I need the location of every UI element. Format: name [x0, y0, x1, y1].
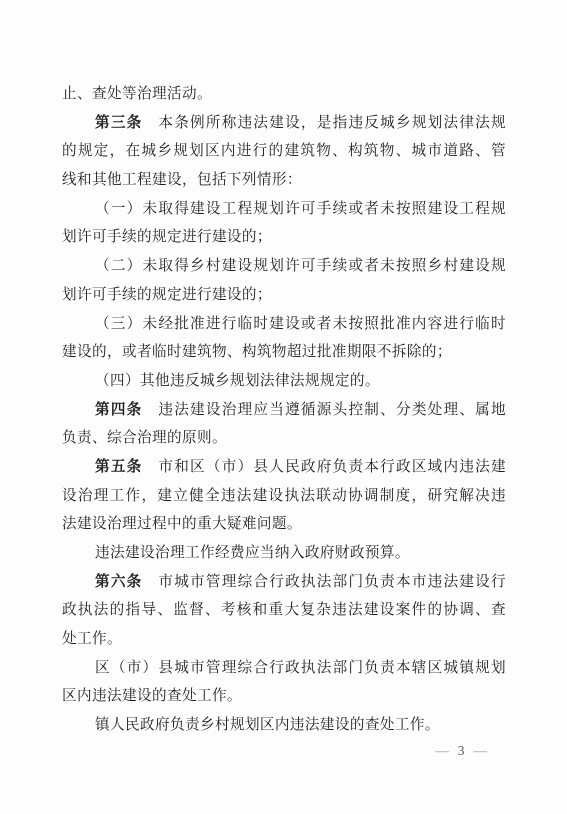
document-line: 政执法的指导、监督、考核和重大复杂违法建设案件的协调、查 [62, 596, 506, 625]
page-number-dash-right: — [474, 743, 488, 758]
document-body: 止、查处等治理活动。第三条 本条例所称违法建设，是指违反城乡规划法律法规的规定，… [62, 80, 506, 740]
page-number-value: 3 [449, 743, 474, 758]
document-line: 违法建设治理工作经费应当纳入政府财政预算。 [62, 539, 506, 568]
line-text: （二）未取得乡村建设规划许可手续或者未按照乡村建设规 [95, 258, 506, 274]
article-number: 第三条 [95, 115, 143, 131]
document-line: 镇人民政府负责乡村规划区内违法建设的查处工作。 [62, 711, 506, 740]
document-line: 负责、综合治理的原则。 [62, 424, 506, 453]
line-text: 划许可手续的规定进行建设的； [62, 287, 272, 303]
line-text: 法建设治理过程中的重大疑难问题。 [62, 516, 302, 532]
line-text: 建设的，或者临时建筑物、构筑物超过批准期限不拆除的； [62, 344, 452, 360]
document-line: 设治理工作，建立健全违法建设执法联动协调制度，研究解决违 [62, 482, 506, 511]
line-text: （四）其他违反城乡规划法律法规规定的。 [95, 373, 380, 389]
line-text: 止、查处等治理活动。 [62, 86, 212, 102]
article-number: 第五条 [95, 459, 143, 475]
line-text: 负责、综合治理的原则。 [62, 430, 227, 446]
line-text: 区内违法建设的查处工作。 [62, 688, 242, 704]
line-text: 市城市管理综合行政执法部门负责本市违法建设行 [143, 574, 506, 590]
line-text: 线和其他工程建设，包括下列情形： [62, 172, 302, 188]
line-text: （一）未取得建设工程规划许可手续或者未按照建设工程规 [95, 201, 506, 217]
document-line: （一）未取得建设工程规划许可手续或者未按照建设工程规 [62, 195, 506, 224]
line-text: 违法建设治理应当遵循源头控制、分类处理、属地 [143, 402, 506, 418]
page-number-dash-left: — [435, 743, 449, 758]
document-line: （四）其他违反城乡规划法律法规规定的。 [62, 367, 506, 396]
document-page: 止、查处等治理活动。第三条 本条例所称违法建设，是指违反城乡规划法律法规的规定，… [0, 0, 567, 814]
document-line: 的规定，在城乡规划区内进行的建筑物、构筑物、城市道路、管 [62, 137, 506, 166]
line-text: 镇人民政府负责乡村规划区内违法建设的查处工作。 [95, 717, 440, 733]
article-number: 第六条 [95, 574, 143, 590]
document-line: 第四条 违法建设治理应当遵循源头控制、分类处理、属地 [62, 396, 506, 425]
document-line: 止、查处等治理活动。 [62, 80, 506, 109]
document-line: 法建设治理过程中的重大疑难问题。 [62, 510, 506, 539]
line-text: 设治理工作，建立健全违法建设执法联动协调制度，研究解决违 [62, 488, 506, 504]
document-line: 区内违法建设的查处工作。 [62, 682, 506, 711]
line-text: 本条例所称违法建设，是指违反城乡规划法律法规 [143, 115, 506, 131]
document-line: 第五条 市和区（市）县人民政府负责本行政区域内违法建 [62, 453, 506, 482]
document-line: 第三条 本条例所称违法建设，是指违反城乡规划法律法规 [62, 109, 506, 138]
line-text: 违法建设治理工作经费应当纳入政府财政预算。 [95, 545, 410, 561]
document-line: 划许可手续的规定进行建设的； [62, 223, 506, 252]
page-number: —3— [435, 743, 487, 759]
line-text: 市和区（市）县人民政府负责本行政区域内违法建 [143, 459, 506, 475]
line-text: 政执法的指导、监督、考核和重大复杂违法建设案件的协调、查 [62, 602, 506, 618]
document-line: （二）未取得乡村建设规划许可手续或者未按照乡村建设规 [62, 252, 506, 281]
line-text: 的规定，在城乡规划区内进行的建筑物、构筑物、城市道路、管 [62, 143, 506, 159]
document-line: （三）未经批准进行临时建设或者未按照批准内容进行临时 [62, 310, 506, 339]
line-text: （三）未经批准进行临时建设或者未按照批准内容进行临时 [95, 316, 506, 332]
line-text: 划许可手续的规定进行建设的； [62, 229, 272, 245]
document-line: 线和其他工程建设，包括下列情形： [62, 166, 506, 195]
article-number: 第四条 [95, 402, 143, 418]
line-text: 区（市）县城市管理综合行政执法部门负责本辖区城镇规划 [95, 660, 506, 676]
document-line: 第六条 市城市管理综合行政执法部门负责本市违法建设行 [62, 568, 506, 597]
document-line: 处工作。 [62, 625, 506, 654]
document-line: 建设的，或者临时建筑物、构筑物超过批准期限不拆除的； [62, 338, 506, 367]
document-line: 划许可手续的规定进行建设的； [62, 281, 506, 310]
document-line: 区（市）县城市管理综合行政执法部门负责本辖区城镇规划 [62, 654, 506, 683]
line-text: 处工作。 [62, 631, 122, 647]
